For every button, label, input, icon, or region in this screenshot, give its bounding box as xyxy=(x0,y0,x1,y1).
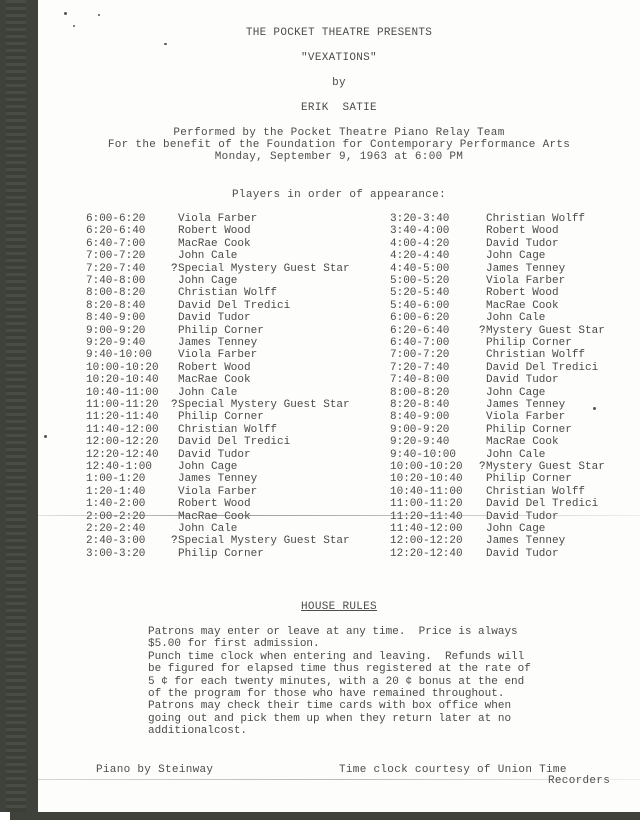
player-name: Christian Wolff xyxy=(178,424,277,436)
schedule-row: 5:00-5:20Viola Farber xyxy=(390,275,565,287)
player-name: James Tenney xyxy=(486,535,565,547)
schedule-row: 7:20-7:40?Special Mystery Guest Star xyxy=(86,263,350,275)
ink-speck xyxy=(164,43,167,45)
slot-time: 6:00-6:20 xyxy=(390,312,486,324)
house-rules-heading: HOUSE RULES xyxy=(38,601,640,613)
schedule-row: 9:00-9:20Philip Corner xyxy=(390,424,572,436)
player-name: David Del Tredici xyxy=(178,436,290,448)
player-name: Viola Farber xyxy=(178,486,257,498)
ink-speck xyxy=(593,407,596,410)
schedule-row: 1:00-1:20James Tenney xyxy=(86,473,257,485)
player-name: Viola Farber xyxy=(486,411,565,423)
player-name: Special Mystery Guest Star xyxy=(178,535,350,547)
ink-speck xyxy=(98,14,100,16)
slot-time: 11:20-11:40 xyxy=(390,511,486,523)
player-name: Viola Farber xyxy=(178,349,257,361)
slot-time: 8:40-9:00 xyxy=(390,411,486,423)
schedule-row: 10:40-11:00Christian Wolff xyxy=(390,486,585,498)
slot-time: 3:40-4:00 xyxy=(390,225,486,237)
ink-speck xyxy=(44,435,47,438)
schedule-row: 7:40-8:00John Cage xyxy=(86,275,237,287)
presenter-line: THE POCKET THEATRE PRESENTS xyxy=(38,27,640,39)
schedule-row: 9:40-10:00Viola Farber xyxy=(86,349,257,361)
players-heading: Players in order of appearance: xyxy=(38,189,640,201)
player-name: James Tenney xyxy=(486,399,565,411)
schedule-row: 4:20-4:40John Cage xyxy=(390,250,545,262)
player-name: Robert Wood xyxy=(486,287,559,299)
schedule-row: 2:20-2:40John Cale xyxy=(86,523,237,535)
player-name: Robert Wood xyxy=(178,225,251,237)
player-name: James Tenney xyxy=(486,263,565,275)
player-name: James Tenney xyxy=(178,337,257,349)
slot-time: 1:20-1:40 xyxy=(86,486,178,498)
slot-time: 7:20-7:40 xyxy=(86,263,178,275)
piano-credit: Piano by Steinway xyxy=(96,764,213,776)
slot-time: 6:40-7:00 xyxy=(86,238,178,250)
player-name: Philip Corner xyxy=(486,473,572,485)
player-name: David Tudor xyxy=(486,548,559,560)
slot-time: 7:20-7:40 xyxy=(390,362,486,374)
player-name: MacRae Cook xyxy=(486,436,559,448)
schedule-row: 5:40-6:00MacRae Cook xyxy=(390,300,559,312)
schedule-row: 10:20-10:40MacRae Cook xyxy=(86,374,251,386)
schedule-row: 11:20-11:40Philip Corner xyxy=(86,411,264,423)
slot-time: 5:20-5:40 xyxy=(390,287,486,299)
schedule-row: 8:40-9:00Viola Farber xyxy=(390,411,565,423)
schedule-row: 7:40-8:00David Tudor xyxy=(390,374,559,386)
slot-time: 12:40-1:00 xyxy=(86,461,178,473)
player-name: David Del Tredici xyxy=(486,498,598,510)
schedule-row: 2:40-3:00?Special Mystery Guest Star xyxy=(86,535,350,547)
clock-credit-line2: Recorders xyxy=(548,775,610,787)
slot-time: 6:20-6:40 xyxy=(390,325,486,337)
player-name: Special Mystery Guest Star xyxy=(178,399,350,411)
slot-time: 10:00-10:20 xyxy=(390,461,486,473)
player-name: John Cale xyxy=(486,312,545,324)
slot-time: 5:40-6:00 xyxy=(390,300,486,312)
slot-time: 9:20-9:40 xyxy=(86,337,178,349)
player-name: Philip Corner xyxy=(486,424,572,436)
slot-time: 8:00-8:20 xyxy=(390,387,486,399)
schedule-row: 8:40-9:00David Tudor xyxy=(86,312,251,324)
slot-time: 4:20-4:40 xyxy=(390,250,486,262)
slot-time: 3:00-3:20 xyxy=(86,548,178,560)
schedule-row: 9:40-10:00John Cale xyxy=(390,449,545,461)
player-name: David Tudor xyxy=(486,238,559,250)
player-name: Mystery Guest Star xyxy=(486,325,605,337)
schedule-row: 7:00-7:20John Cale xyxy=(86,250,237,262)
slot-time: 5:00-5:20 xyxy=(390,275,486,287)
slot-time: 8:20-8:40 xyxy=(86,300,178,312)
slot-time: 11:40-12:00 xyxy=(86,424,178,436)
composer-name: ERIK SATIE xyxy=(38,102,640,114)
slot-time: 10:40-11:00 xyxy=(390,486,486,498)
slot-time: 4:00-4:20 xyxy=(390,238,486,250)
schedule-row: 11:00-11:20?Special Mystery Guest Star xyxy=(86,399,350,411)
player-name: Philip Corner xyxy=(178,411,264,423)
schedule-row: 1:40-2:00Robert Wood xyxy=(86,498,251,510)
schedule-row: 10:00-10:20?Mystery Guest Star xyxy=(390,461,605,473)
slot-time: 9:40-10:00 xyxy=(86,349,178,361)
paper-fold-line xyxy=(38,515,640,516)
slot-time: 2:40-3:00 xyxy=(86,535,178,547)
player-name: John Cale xyxy=(178,250,237,262)
slot-time: 8:40-9:00 xyxy=(86,312,178,324)
player-name: David Tudor xyxy=(178,312,251,324)
slot-time: 9:40-10:00 xyxy=(390,449,486,461)
schedule-row: 1:20-1:40Viola Farber xyxy=(86,486,257,498)
schedule-row: 10:20-10:40Philip Corner xyxy=(390,473,572,485)
mystery-mark: ? xyxy=(171,399,178,411)
slot-time: 12:00-12:20 xyxy=(390,535,486,547)
slot-time: 7:40-8:00 xyxy=(390,374,486,386)
mystery-mark: ? xyxy=(479,325,486,337)
player-name: John Cage xyxy=(178,461,237,473)
player-name: Special Mystery Guest Star xyxy=(178,263,350,275)
schedule-row: 6:00-6:20John Cale xyxy=(390,312,545,324)
player-name: Philip Corner xyxy=(178,548,264,560)
scan-border-left xyxy=(0,0,38,812)
slot-time: 8:20-8:40 xyxy=(390,399,486,411)
schedule-row: 8:00-8:20John Cage xyxy=(390,387,545,399)
slot-time: 10:40-11:00 xyxy=(86,387,178,399)
schedule-row: 6:20-6:40?Mystery Guest Star xyxy=(390,325,605,337)
player-name: Philip Corner xyxy=(178,325,264,337)
player-name: John Cale xyxy=(178,387,237,399)
player-name: MacRae Cook xyxy=(178,511,251,523)
schedule-row: 10:40-11:00John Cale xyxy=(86,387,237,399)
player-name: John Cage xyxy=(178,275,237,287)
slot-time: 11:20-11:40 xyxy=(86,411,178,423)
schedule-row: 6:40-7:00Philip Corner xyxy=(390,337,572,349)
slot-time: 11:40-12:00 xyxy=(390,523,486,535)
schedule-row: 11:20-11:40David Tudor xyxy=(390,511,559,523)
player-name: MacRae Cook xyxy=(178,374,251,386)
schedule-row: 11:40-12:00Christian Wolff xyxy=(86,424,277,436)
player-name: James Tenney xyxy=(178,473,257,485)
player-name: David Del Tredici xyxy=(486,362,598,374)
slot-time: 9:20-9:40 xyxy=(390,436,486,448)
performed-by-line: Performed by the Pocket Theatre Piano Re… xyxy=(38,127,640,139)
schedule-row: 12:20-12:40David Tudor xyxy=(390,548,559,560)
by-line: by xyxy=(38,77,640,89)
slot-time: 2:00-2:20 xyxy=(86,511,178,523)
player-name: MacRae Cook xyxy=(178,238,251,250)
player-name: David Tudor xyxy=(178,449,251,461)
player-name: John Cale xyxy=(486,449,545,461)
schedule-row: 10:00-10:20Robert Wood xyxy=(86,362,251,374)
schedule-row: 8:20-8:40David Del Tredici xyxy=(86,300,290,312)
player-name: John Cale xyxy=(178,523,237,535)
schedule-row: 6:20-6:40Robert Wood xyxy=(86,225,251,237)
program-page: THE POCKET THEATRE PRESENTS "VEXATIONS" … xyxy=(38,0,640,812)
schedule-row: 2:00-2:20MacRae Cook xyxy=(86,511,251,523)
mystery-mark: ? xyxy=(171,535,178,547)
slot-time: 6:20-6:40 xyxy=(86,225,178,237)
slot-time: 7:00-7:20 xyxy=(86,250,178,262)
schedule-row: 5:20-5:40Robert Wood xyxy=(390,287,559,299)
player-name: Robert Wood xyxy=(486,225,559,237)
slot-time: 11:00-11:20 xyxy=(86,399,178,411)
benefit-line: For the benefit of the Foundation for Co… xyxy=(38,139,640,151)
schedule-row: 12:00-12:20James Tenney xyxy=(390,535,565,547)
scan-border-bottom xyxy=(10,812,640,820)
player-name: Philip Corner xyxy=(486,337,572,349)
player-name: Viola Farber xyxy=(486,275,565,287)
schedule-row: 11:00-11:20David Del Tredici xyxy=(390,498,598,510)
slot-time: 12:00-12:20 xyxy=(86,436,178,448)
slot-time: 12:20-12:40 xyxy=(390,548,486,560)
player-name: David Del Tredici xyxy=(178,300,290,312)
slot-time: 2:20-2:40 xyxy=(86,523,178,535)
schedule-row: 4:40-5:00James Tenney xyxy=(390,263,565,275)
date-line: Monday, September 9, 1963 at 6:00 PM xyxy=(38,151,640,163)
slot-time: 1:00-1:20 xyxy=(86,473,178,485)
schedule-row: 12:40-1:00John Cage xyxy=(86,461,237,473)
slot-time: 7:00-7:20 xyxy=(390,349,486,361)
slot-time: 1:40-2:00 xyxy=(86,498,178,510)
schedule-row: 8:00-8:20Christian Wolff xyxy=(86,287,277,299)
player-name: Christian Wolff xyxy=(486,349,585,361)
ink-speck xyxy=(64,12,67,15)
mystery-mark: ? xyxy=(171,263,178,275)
schedule-row: 3:20-3:40Christian Wolff xyxy=(390,213,585,225)
player-name: Christian Wolff xyxy=(486,213,585,225)
slot-time: 7:40-8:00 xyxy=(86,275,178,287)
house-rules-text: Patrons may enter or leave at any time. … xyxy=(148,626,618,738)
schedule-row: 9:20-9:40MacRae Cook xyxy=(390,436,559,448)
slot-time: 10:20-10:40 xyxy=(86,374,178,386)
schedule-row: 9:00-9:20Philip Corner xyxy=(86,325,264,337)
player-name: Mystery Guest Star xyxy=(486,461,605,473)
player-name: David Tudor xyxy=(486,511,559,523)
schedule-row: 8:20-8:40James Tenney xyxy=(390,399,565,411)
mystery-mark: ? xyxy=(479,461,486,473)
player-name: John Cage xyxy=(486,387,545,399)
slot-time: 10:20-10:40 xyxy=(390,473,486,485)
player-name: Christian Wolff xyxy=(178,287,277,299)
schedule-row: 9:20-9:40James Tenney xyxy=(86,337,257,349)
slot-time: 11:00-11:20 xyxy=(390,498,486,510)
slot-time: 3:20-3:40 xyxy=(390,213,486,225)
player-name: John Cage xyxy=(486,250,545,262)
schedule-row: 6:00-6:20Viola Farber xyxy=(86,213,257,225)
schedule-row: 3:00-3:20Philip Corner xyxy=(86,548,264,560)
schedule-row: 3:40-4:00Robert Wood xyxy=(390,225,559,237)
work-title: "VEXATIONS" xyxy=(38,52,640,64)
player-name: David Tudor xyxy=(486,374,559,386)
schedule-row: 12:20-12:40David Tudor xyxy=(86,449,251,461)
schedule-row: 7:20-7:40David Del Tredici xyxy=(390,362,598,374)
slot-time: 8:00-8:20 xyxy=(86,287,178,299)
slot-time: 6:00-6:20 xyxy=(86,213,178,225)
schedule-row: 12:00-12:20David Del Tredici xyxy=(86,436,290,448)
slot-time: 6:40-7:00 xyxy=(390,337,486,349)
slot-time: 9:00-9:20 xyxy=(86,325,178,337)
clock-credit-line1: Time clock courtesy of Union Time xyxy=(339,764,567,776)
slot-time: 10:00-10:20 xyxy=(86,362,178,374)
schedule-row: 6:40-7:00MacRae Cook xyxy=(86,238,251,250)
player-name: John Cage xyxy=(486,523,545,535)
slot-time: 9:00-9:20 xyxy=(390,424,486,436)
paper-fold-line xyxy=(38,779,640,780)
schedule-row: 11:40-12:00John Cage xyxy=(390,523,545,535)
schedule-row: 4:00-4:20David Tudor xyxy=(390,238,559,250)
player-name: Robert Wood xyxy=(178,362,251,374)
player-name: Christian Wolff xyxy=(486,486,585,498)
slot-time: 12:20-12:40 xyxy=(86,449,178,461)
slot-time: 4:40-5:00 xyxy=(390,263,486,275)
schedule-row: 7:00-7:20Christian Wolff xyxy=(390,349,585,361)
player-name: MacRae Cook xyxy=(486,300,559,312)
player-name: Robert Wood xyxy=(178,498,251,510)
player-name: Viola Farber xyxy=(178,213,257,225)
